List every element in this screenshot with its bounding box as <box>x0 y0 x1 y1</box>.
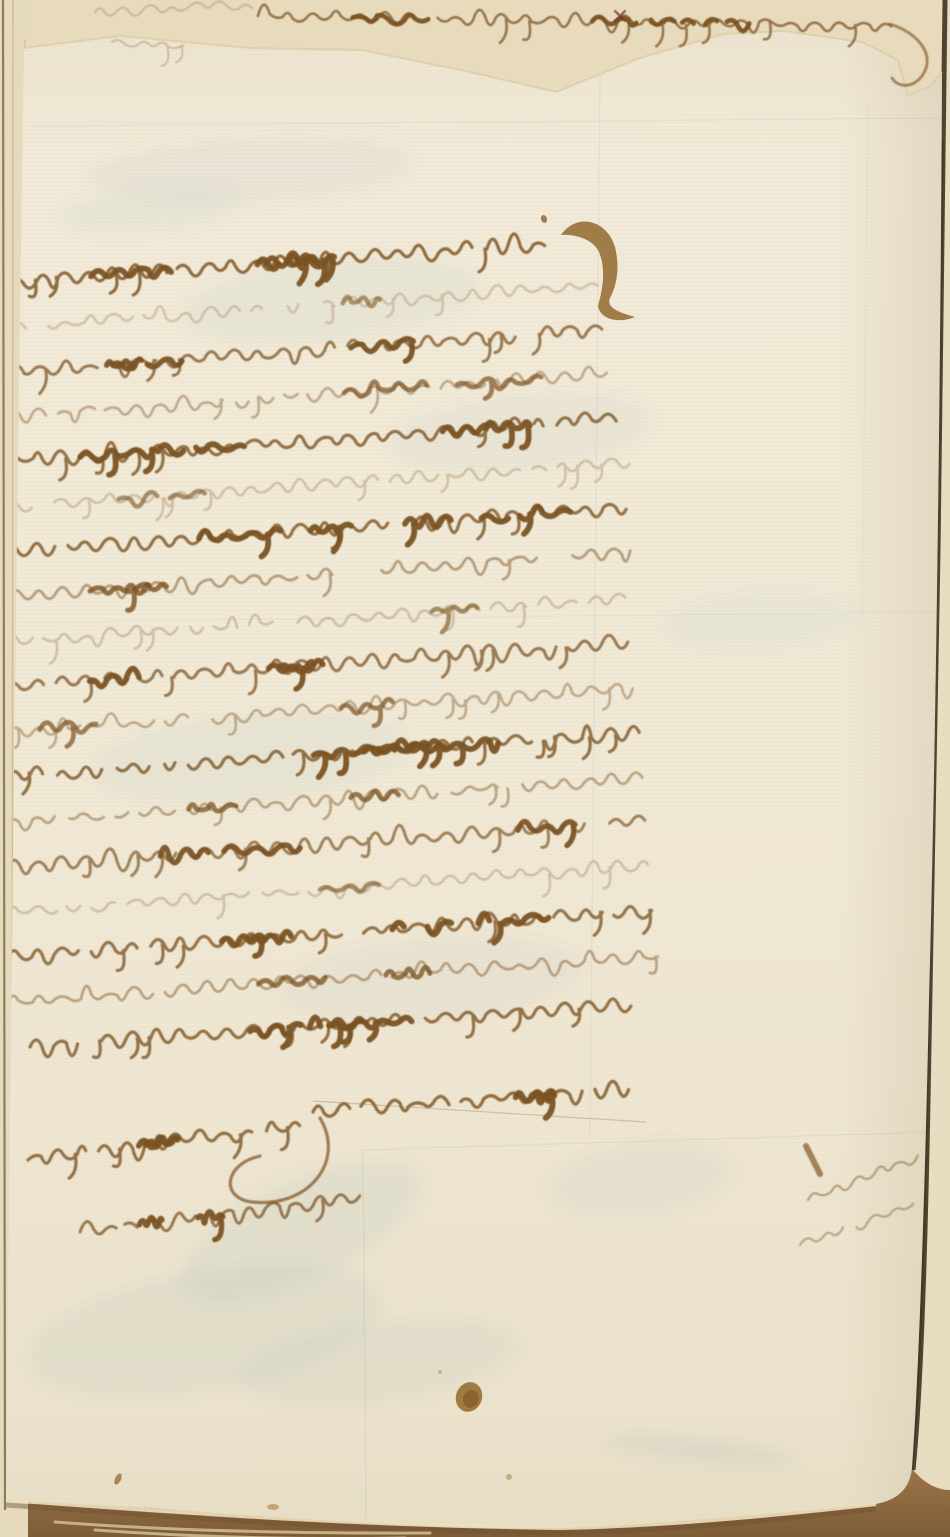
main-page <box>0 0 950 1537</box>
manuscript-artwork: Scanned manuscript letter page (blank ve… <box>0 0 950 1537</box>
ink-blot <box>506 1474 512 1480</box>
ink-blot <box>438 1370 442 1374</box>
manuscript-scan: Scanned manuscript letter page (blank ve… <box>0 0 950 1537</box>
ink-blot <box>267 1504 279 1510</box>
